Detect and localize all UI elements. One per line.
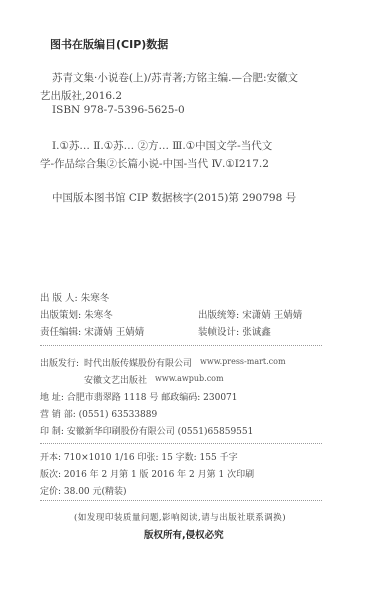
credit-planning: 出版策划: 朱寒冬	[40, 307, 113, 321]
distributor-1-url: www.press-mart.com	[200, 357, 286, 366]
divider	[40, 500, 322, 501]
credit-coordination: 出版统筹: 宋潇婧 王婧婧	[198, 307, 302, 321]
divider	[40, 443, 322, 444]
credit-publisher: 出 版 人: 朱寒冬	[40, 290, 109, 304]
divider	[40, 345, 322, 346]
distributor-1: 时代出版传媒股份有限公司	[84, 356, 192, 369]
quality-notice: (如发现印装质量问题,影响阅读,请与出版社联系调换)	[74, 511, 286, 523]
printer: 印 制: 安徽新华印刷股份有限公司 (0551)65859551	[40, 424, 253, 437]
copyright-notice: 版权所有,侵权必究	[144, 527, 224, 541]
isbn: ISBN 978-7-5396-5625-0	[52, 104, 185, 116]
classification-line-2: 学-作品综合集②长篇小说-中国-当代 Ⅳ.①I217.2	[40, 156, 269, 171]
cip-heading: 图书在版编目(CIP)数据	[50, 36, 168, 52]
cip-record-line-2: 艺出版社,2016.2	[40, 88, 122, 103]
cip-record-line-1: 苏青文集·小说卷(上)/苏青著;方铭主编.—合肥:安徽文	[52, 70, 298, 85]
credit-design: 装帧设计: 张诚鑫	[198, 324, 271, 338]
edition-info: 版次: 2016 年 2 月第 1 版 2016 年 2 月第 1 次印刷	[40, 467, 254, 480]
cip-verification: 中国版本图书馆 CIP 数据核字(2015)第 290798 号	[52, 190, 296, 205]
distribution-label: 出版发行:	[40, 356, 79, 369]
distributor-2-url: www.awpub.com	[155, 374, 224, 383]
classification-line-1: Ⅰ.①苏… Ⅱ.①苏… ②方… Ⅲ.①中国文学-当代文	[52, 138, 272, 153]
credit-editors: 责任编辑: 宋潇婧 王婧婧	[40, 324, 144, 338]
sales-department: 营 销 部: (0551) 63533889	[40, 407, 157, 420]
price: 定价: 38.00 元(精装)	[40, 484, 127, 497]
address: 地 址: 合肥市翡翠路 1118 号 邮政编码: 230071	[40, 390, 238, 403]
distributor-2: 安徽文艺出版社	[84, 373, 147, 386]
format-spec: 开本: 710×1010 1/16 印张: 15 字数: 155 千字	[40, 450, 238, 463]
